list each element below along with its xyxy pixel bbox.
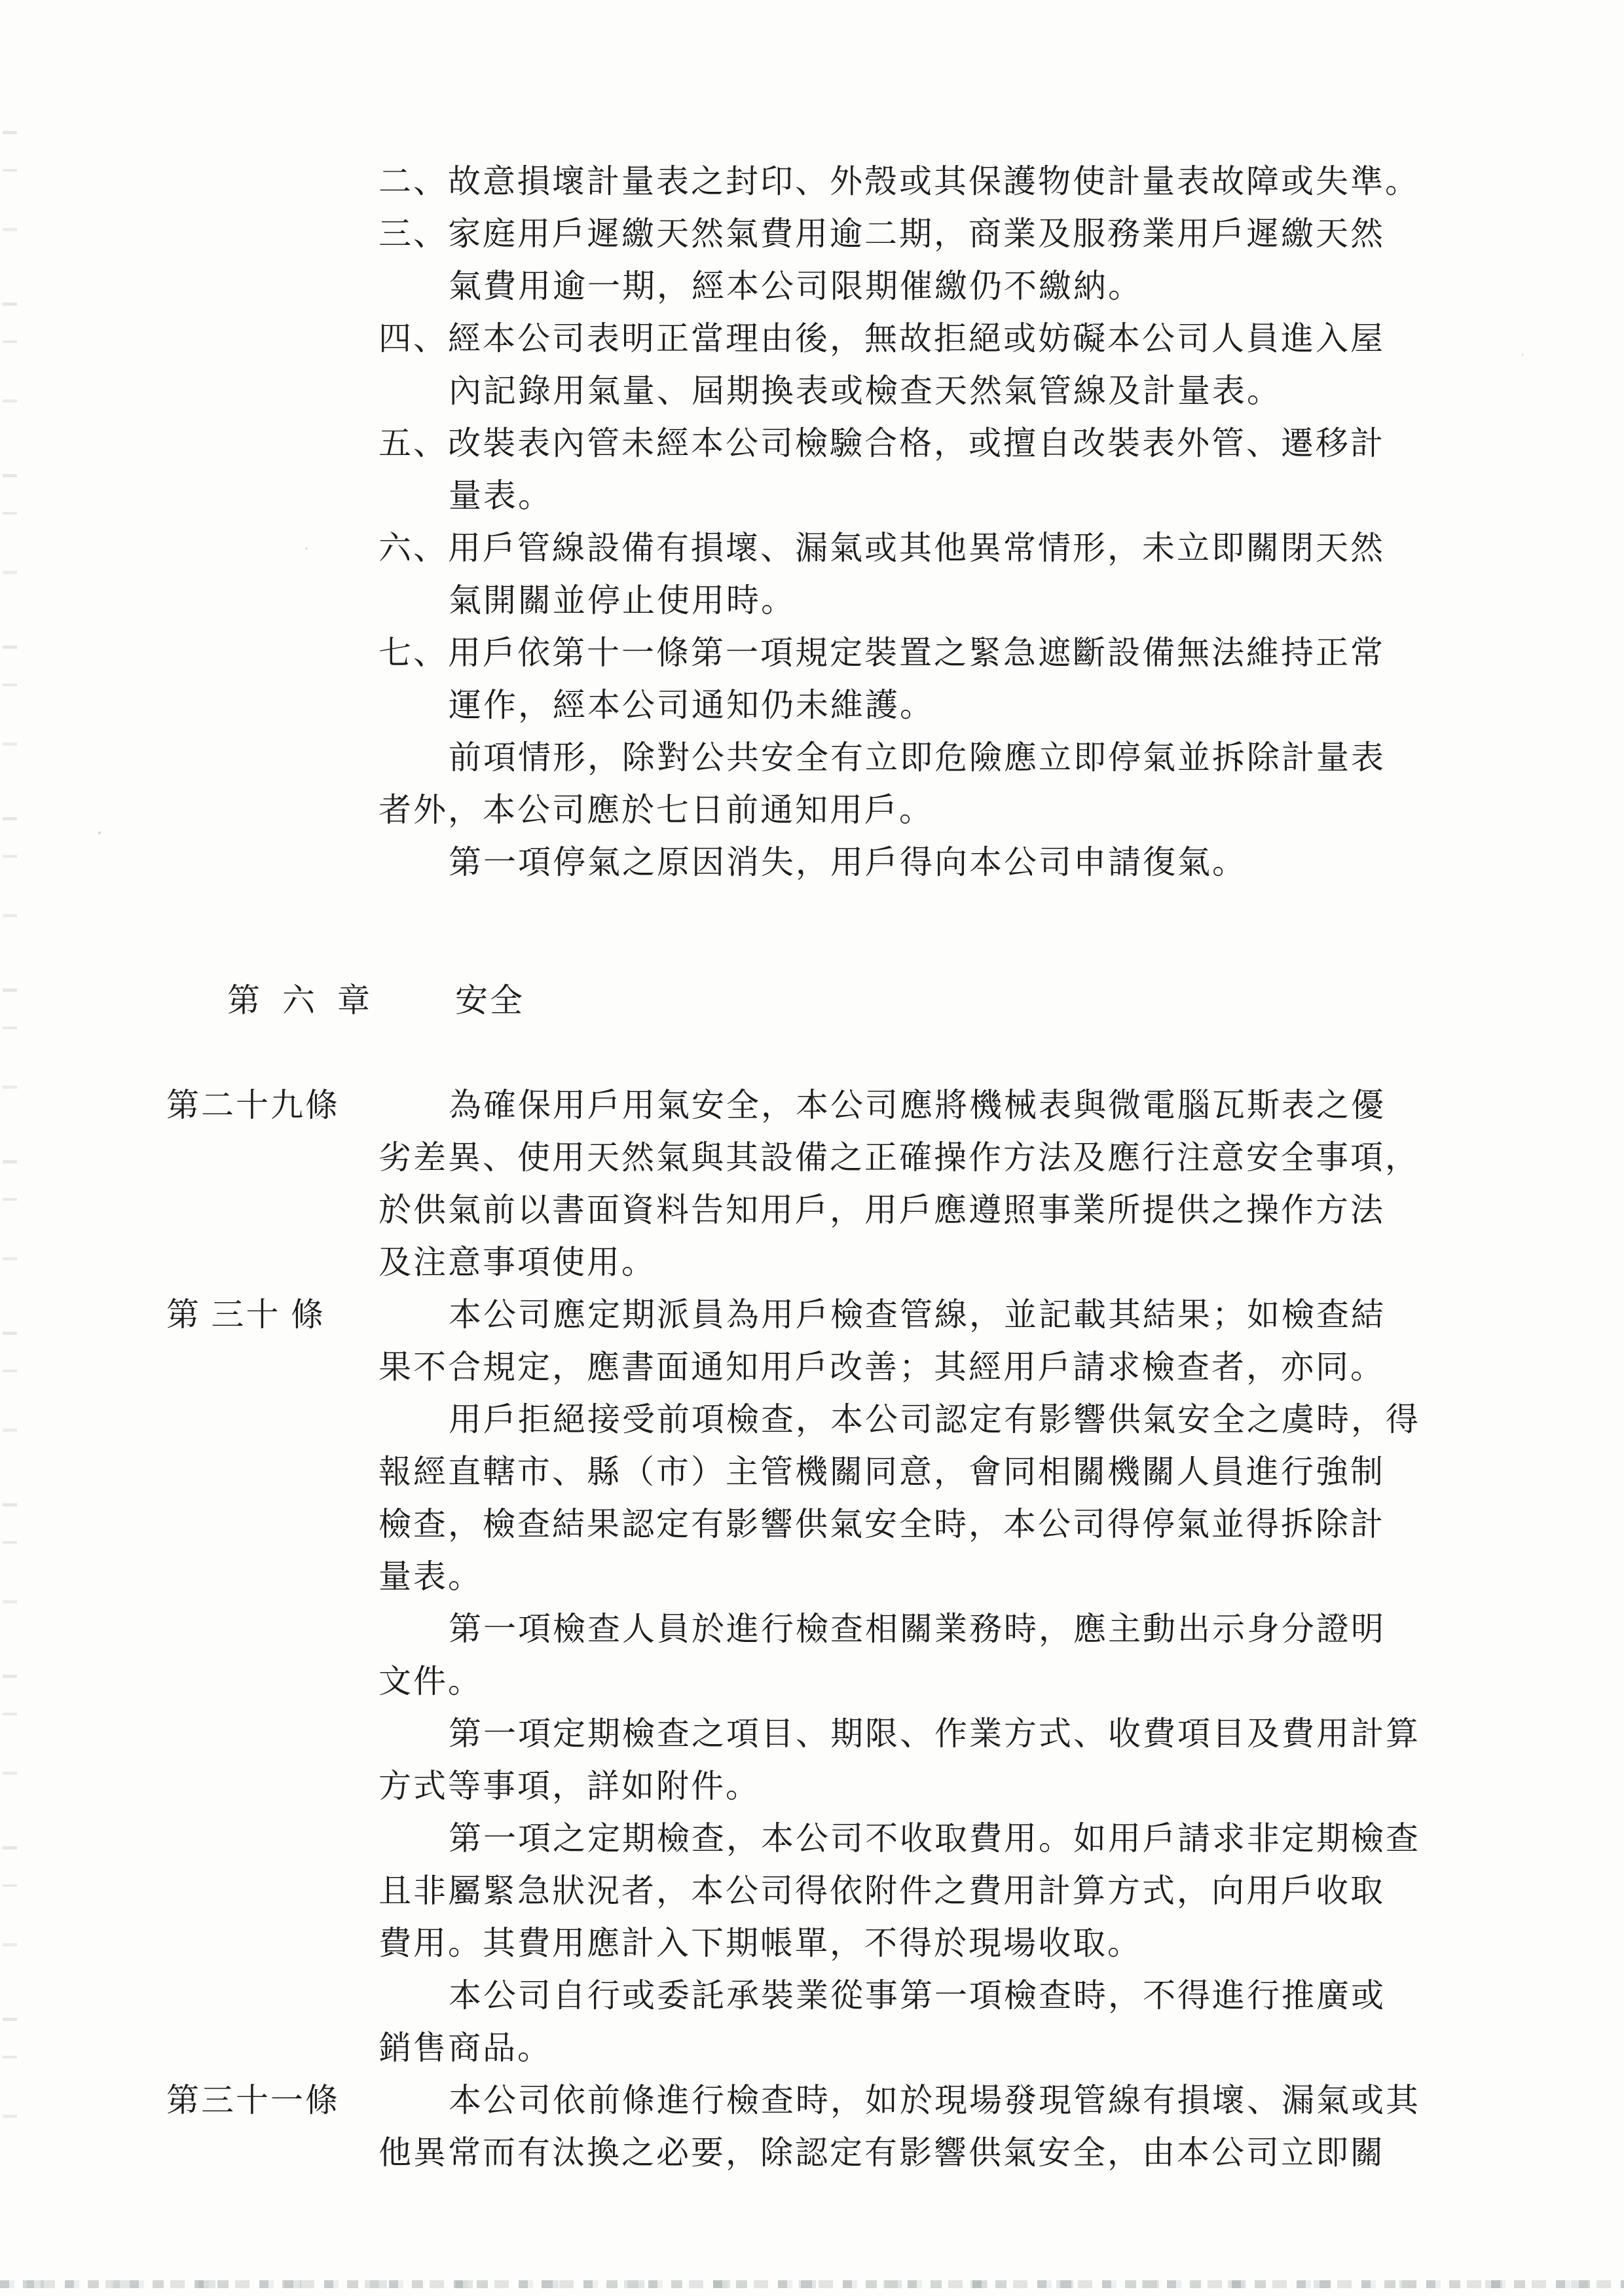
scan-noise-bottom-band bbox=[0, 2280, 1624, 2288]
scan-noise-left-edge bbox=[3, 131, 17, 2121]
clause-number: 六、 bbox=[378, 530, 448, 566]
clause-text: 故意損壞計量表之封印、外殼或其保護物使計量表故障或失準。 bbox=[448, 163, 1420, 200]
clause-text: 用戶依第十一條第一項規定裝置之緊急遮斷設備無法維持正常 運作，經本公司通知仍未維… bbox=[448, 634, 1385, 723]
closing-paragraph: 第一項停氣之原因消失，用戶得向本公司申請復氣。 bbox=[378, 836, 1452, 888]
clause-number: 四、 bbox=[378, 320, 448, 357]
list-item: 六、用戶管線設備有損壞、漏氣或其他異常情形，未立即關閉天然 氣開關並停止使用時。 bbox=[378, 522, 1452, 627]
chapter-heading: 第 六 章安全 bbox=[166, 922, 1452, 1079]
article-paragraph: 本公司應定期派員為用戶檢查管線，並記載其結果；如檢查結 果不合規定，應書面通知用… bbox=[378, 1288, 1452, 1393]
list-item: 四、經本公司表明正當理由後，無故拒絕或妨礙本公司人員進入屋 內記錄用氣量、屆期換… bbox=[378, 312, 1452, 417]
article-paragraph: 用戶拒絕接受前項檢查，本公司認定有影響供氣安全之虞時，得 報經直轄市、縣（市）主… bbox=[378, 1393, 1452, 1603]
article-paragraph: 本公司依前條進行檢查時，如於現場發現管線有損壞、漏氣或其 他異常而有汰換之必要，… bbox=[378, 2074, 1452, 2179]
article-number: 第 三十 條 bbox=[166, 1288, 382, 1341]
article-29: 第二十九條 為確保用戶用氣安全，本公司應將機械表與微電腦瓦斯表之優 劣差異、使用… bbox=[378, 1079, 1452, 1288]
article-paragraph: 本公司自行或委託承裝業從事第一項檢查時，不得進行推廣或 銷售商品。 bbox=[378, 1969, 1452, 2074]
article-paragraph: 第一項之定期檢查，本公司不收取費用。如用戶請求非定期檢查 且非屬緊急狀況者，本公… bbox=[378, 1812, 1452, 1969]
closing-paragraph: 前項情形，除對公共安全有立即危險應立即停氣並拆除計量表 者外，本公司應於七日前通… bbox=[378, 731, 1452, 836]
article-paragraph: 第一項檢查人員於進行檢查相關業務時，應主動出示身分證明 文件。 bbox=[378, 1603, 1452, 1707]
list-item: 五、改裝表內管未經本公司檢驗合格，或擅自改裝表外管、遷移計 量表。 bbox=[378, 417, 1452, 522]
scanned-document-page: 二、故意損壞計量表之封印、外殼或其保護物使計量表故障或失準。 三、家庭用戶遲繳天… bbox=[0, 0, 1624, 2296]
article-paragraph: 第一項定期檢查之項目、期限、作業方式、收費項目及費用計算 方式等事項，詳如附件。 bbox=[378, 1707, 1452, 1812]
clause-number: 三、 bbox=[378, 215, 448, 252]
clause-number: 七、 bbox=[378, 634, 448, 671]
clause-text: 經本公司表明正當理由後，無故拒絕或妨礙本公司人員進入屋 內記錄用氣量、屆期換表或… bbox=[448, 320, 1385, 409]
article-paragraph: 為確保用戶用氣安全，本公司應將機械表與微電腦瓦斯表之優 劣差異、使用天然氣與其設… bbox=[378, 1079, 1452, 1288]
article-30: 第 三十 條 本公司應定期派員為用戶檢查管線，並記載其結果；如檢查結 果不合規定… bbox=[378, 1288, 1452, 2074]
clause-number: 五、 bbox=[378, 425, 448, 462]
list-item: 三、家庭用戶遲繳天然氣費用逾二期，商業及服務業用戶遲繳天然 氣費用逾一期，經本公… bbox=[378, 208, 1452, 312]
clause-text: 用戶管線設備有損壞、漏氣或其他異常情形，未立即關閉天然 氣開關並停止使用時。 bbox=[448, 530, 1385, 619]
list-item: 二、故意損壞計量表之封印、外殼或其保護物使計量表故障或失準。 bbox=[378, 155, 1452, 208]
article-number: 第三十一條 bbox=[166, 2074, 382, 2126]
clause-text: 家庭用戶遲繳天然氣費用逾二期，商業及服務業用戶遲繳天然 氣費用逾一期，經本公司限… bbox=[448, 215, 1385, 304]
list-item: 七、用戶依第十一條第一項規定裝置之緊急遮斷設備無法維持正常 運作，經本公司通知仍… bbox=[378, 627, 1452, 731]
clause-list: 二、故意損壞計量表之封印、外殼或其保護物使計量表故障或失準。 三、家庭用戶遲繳天… bbox=[378, 155, 1452, 731]
chapter-number: 第 六 章 bbox=[227, 982, 372, 1019]
chapter-title: 安全 bbox=[455, 982, 525, 1019]
clause-number: 二、 bbox=[378, 163, 448, 200]
clause-text: 改裝表內管未經本公司檢驗合格，或擅自改裝表外管、遷移計 量表。 bbox=[448, 425, 1385, 514]
document-content: 二、故意損壞計量表之封印、外殼或其保護物使計量表故障或失準。 三、家庭用戶遲繳天… bbox=[378, 155, 1452, 2179]
article-31: 第三十一條 本公司依前條進行檢查時，如於現場發現管線有損壞、漏氣或其 他異常而有… bbox=[378, 2074, 1452, 2179]
article-number: 第二十九條 bbox=[166, 1079, 382, 1131]
